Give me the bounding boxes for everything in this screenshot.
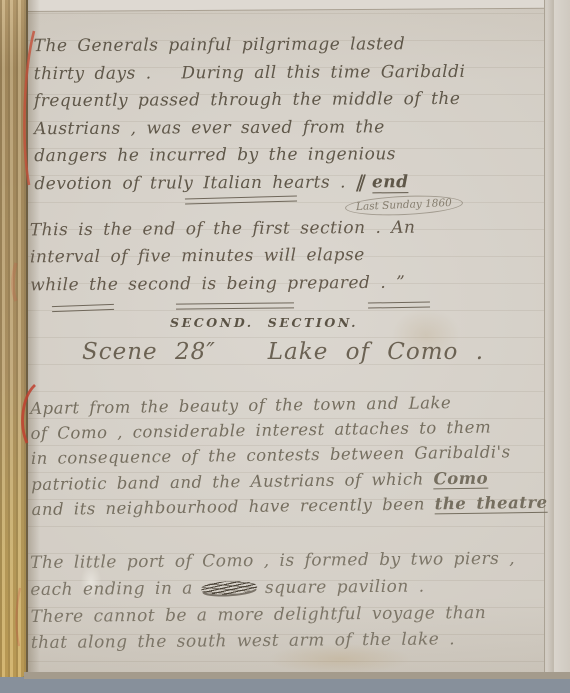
red-faint-streak [16, 588, 20, 646]
red-faint-smudge [13, 263, 16, 301]
red-bracket-paragraph-1 [24, 31, 34, 185]
red-bracket-paragraph-3 [23, 385, 35, 443]
photographed-notebook: The Generals painful pilgrimage lasted t… [0, 0, 570, 693]
red-margin-marks [0, 0, 570, 693]
